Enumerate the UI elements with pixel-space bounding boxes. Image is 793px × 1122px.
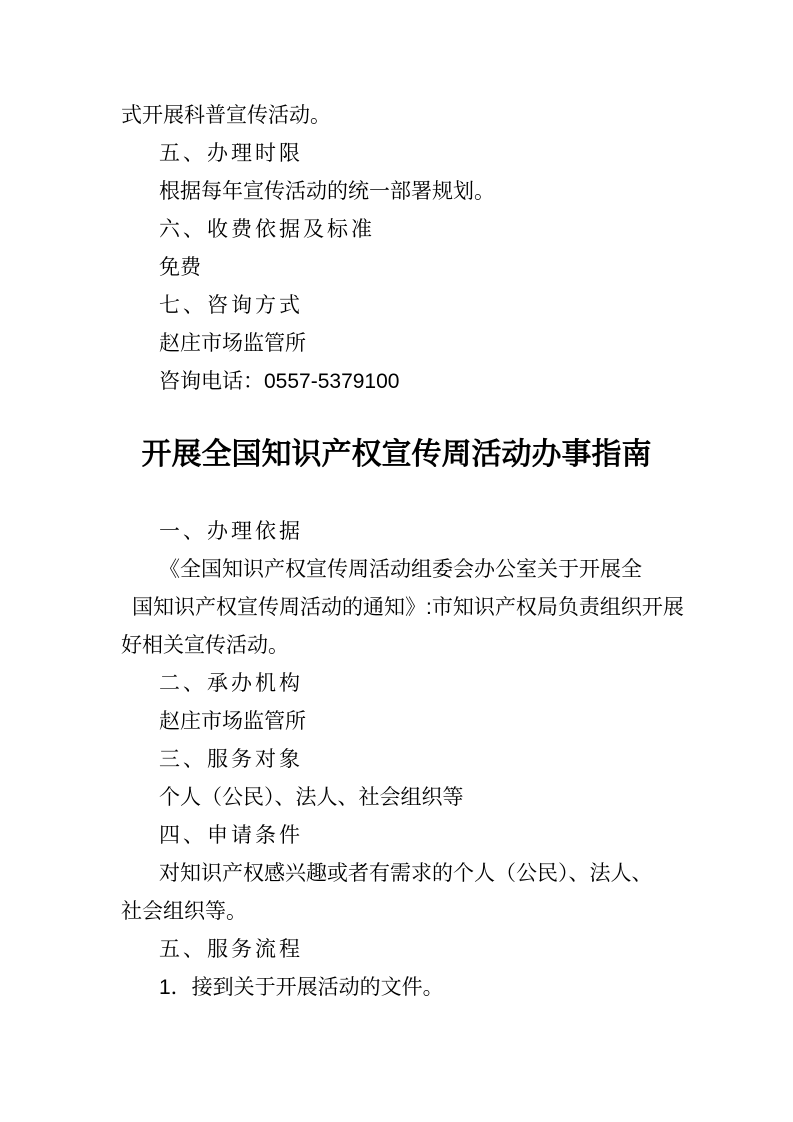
text-line: 国知识产权宣传周活动的通知》:市知识产权局负责组织开展 (121, 589, 672, 627)
text-line: 社会组织等。 (121, 893, 672, 931)
text-line: 《全国知识产权宣传周活动组委会办公室关于开展全 (121, 551, 672, 589)
text-line: 好相关宣传活动。 (121, 627, 672, 665)
text-line: 式开展科普宣传活动。 (121, 97, 672, 135)
text-line: 对知识产权感兴趣或者有需求的个人（公民）、法人、 (121, 855, 672, 893)
text-line: 1．接到关于开展活动的文件。 (121, 969, 672, 1007)
document-page: 式开展科普宣传活动。 五、办理时限 根据每年宣传活动的统一部署规划。 六、收费依… (0, 0, 793, 1122)
text-line: 赵庄市场监管所 (121, 703, 672, 741)
section-heading: 四、申请条件 (121, 817, 672, 855)
text-line: 赵庄市场监管所 (121, 325, 672, 363)
section-heading: 二、承办机构 (121, 665, 672, 703)
section-heading: 五、服务流程 (121, 931, 672, 969)
section-heading: 三、服务对象 (121, 741, 672, 779)
document-title: 开展全国知识产权宣传周活动办事指南 (121, 433, 672, 477)
text-line: 个人（公民）、法人、社会组织等 (121, 779, 672, 817)
phone-line: 咨询电话：0557-5379100 (121, 363, 672, 401)
section-heading: 七、咨询方式 (121, 287, 672, 325)
text-line: 免费 (121, 249, 672, 287)
section-heading: 六、收费依据及标准 (121, 211, 672, 249)
section-heading: 五、办理时限 (121, 135, 672, 173)
text-line: 根据每年宣传活动的统一部署规划。 (121, 173, 672, 211)
section-heading: 一、办理依据 (121, 513, 672, 551)
